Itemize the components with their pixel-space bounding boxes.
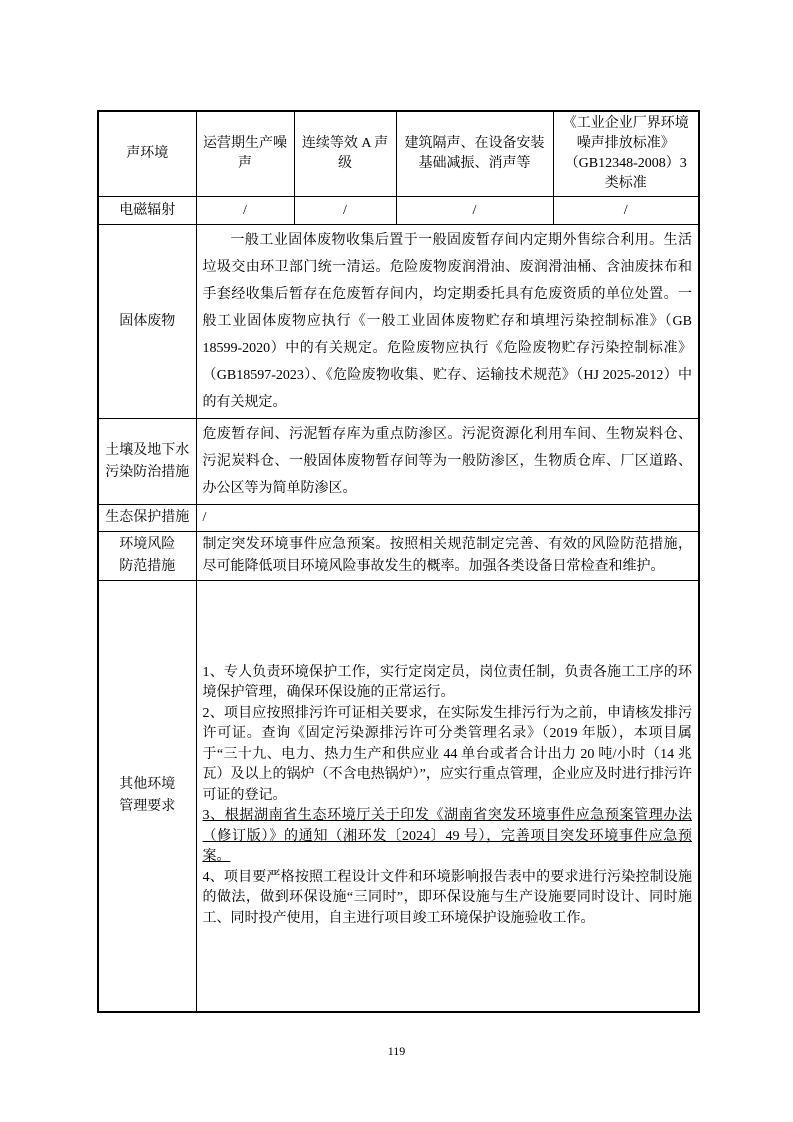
risk-text: 制定突发环境事件应急预案。按照相关规范制定完善、有效的风险防范措施，尽可能降低项… (203, 534, 693, 578)
noise-measure-cell: 建筑隔声、在设备安装基础减振、消声等 (396, 111, 553, 197)
soil-row-label: 土壤及地下水污染防治措施 (98, 419, 196, 505)
table-row-risk: 环境风险防范措施 制定突发环境事件应急预案。按照相关规范制定完善、有效的风险防范… (98, 532, 699, 581)
emr-factor-cell: / (294, 197, 396, 225)
emr-measure-cell: / (396, 197, 553, 225)
emr-source-cell: / (196, 197, 294, 225)
noise-standard-cell: 《工业企业厂界环境噪声排放标准》（GB12348-2008）3 类标准 (553, 111, 699, 197)
ecology-content-cell: / (196, 505, 699, 532)
page-number: 119 (0, 1043, 793, 1059)
environmental-measures-table: 声环境 运营期生产噪声 连续等效 A 声级 建筑隔声、在设备安装基础减振、消声等… (97, 110, 700, 1013)
risk-row-label-text: 环境风险防范措施 (119, 534, 175, 578)
emr-row-label: 电磁辐射 (98, 197, 196, 225)
document-page: 声环境 运营期生产噪声 连续等效 A 声级 建筑隔声、在设备安装基础减振、消声等… (0, 0, 793, 1122)
table-row-ecology: 生态保护措施 / (98, 505, 699, 532)
solid-waste-text: 一般工业固体废物收集后置于一般固废暂存间内定期外售综合利用。生活垃圾交由环卫部门… (203, 227, 693, 416)
other-item-1: 1、专人负责环境保护工作，实行定岗定员，岗位责任制，负责各施工工序的环境保护管理… (203, 663, 693, 704)
other-item-4: 4、项目要严格按照工程设计文件和环境影响报告表中的要求进行污染控制设施的做法，做… (203, 868, 693, 930)
soil-content-cell: 危废暂存间、污泥暂存库为重点防渗区。污泥资源化利用车间、生物炭料仓、污泥炭料仓、… (196, 419, 699, 505)
emr-standard-cell: / (553, 197, 699, 225)
soil-text: 危废暂存间、污泥暂存库为重点防渗区。污泥资源化利用车间、生物炭料仓、污泥炭料仓、… (203, 421, 693, 502)
other-row-label-text: 其他环境管理要求 (119, 774, 175, 818)
table-row-soil-groundwater: 土壤及地下水污染防治措施 危废暂存间、污泥暂存库为重点防渗区。污泥资源化利用车间… (98, 419, 699, 505)
other-content-cell: 1、专人负责环境保护工作，实行定岗定员，岗位责任制，负责各施工工序的环境保护管理… (196, 581, 699, 1012)
noise-factor-cell: 连续等效 A 声级 (294, 111, 396, 197)
table-row-noise: 声环境 运营期生产噪声 连续等效 A 声级 建筑隔声、在设备安装基础减振、消声等… (98, 111, 699, 197)
solid-waste-row-label: 固体废物 (98, 225, 196, 419)
noise-source-cell: 运营期生产噪声 (196, 111, 294, 197)
solid-waste-content-cell: 一般工业固体废物收集后置于一般固废暂存间内定期外售综合利用。生活垃圾交由环卫部门… (196, 225, 699, 419)
table-row-emr: 电磁辐射 / / / / (98, 197, 699, 225)
table-row-other-requirements: 其他环境管理要求 1、专人负责环境保护工作，实行定岗定员，岗位责任制，负责各施工… (98, 581, 699, 1012)
other-row-label: 其他环境管理要求 (98, 581, 196, 1012)
soil-row-label-text: 土壤及地下水污染防治措施 (105, 440, 189, 484)
noise-row-label: 声环境 (98, 111, 196, 197)
other-item-2: 2、项目应按照排污许可证相关要求，在实际发生排污行为之前，申请核发排污许可证。查… (203, 704, 693, 807)
table-row-solid-waste: 固体废物 一般工业固体废物收集后置于一般固废暂存间内定期外售综合利用。生活垃圾交… (98, 225, 699, 419)
risk-content-cell: 制定突发环境事件应急预案。按照相关规范制定完善、有效的风险防范措施，尽可能降低项… (196, 532, 699, 581)
ecology-row-label: 生态保护措施 (98, 505, 196, 532)
other-item-3: 3、根据湖南省生态环境厅关于印发《湖南省突发环境事件应急预案管理办法（修订版）》… (203, 806, 693, 868)
ecology-text: / (203, 507, 693, 529)
risk-row-label: 环境风险防范措施 (98, 532, 196, 581)
